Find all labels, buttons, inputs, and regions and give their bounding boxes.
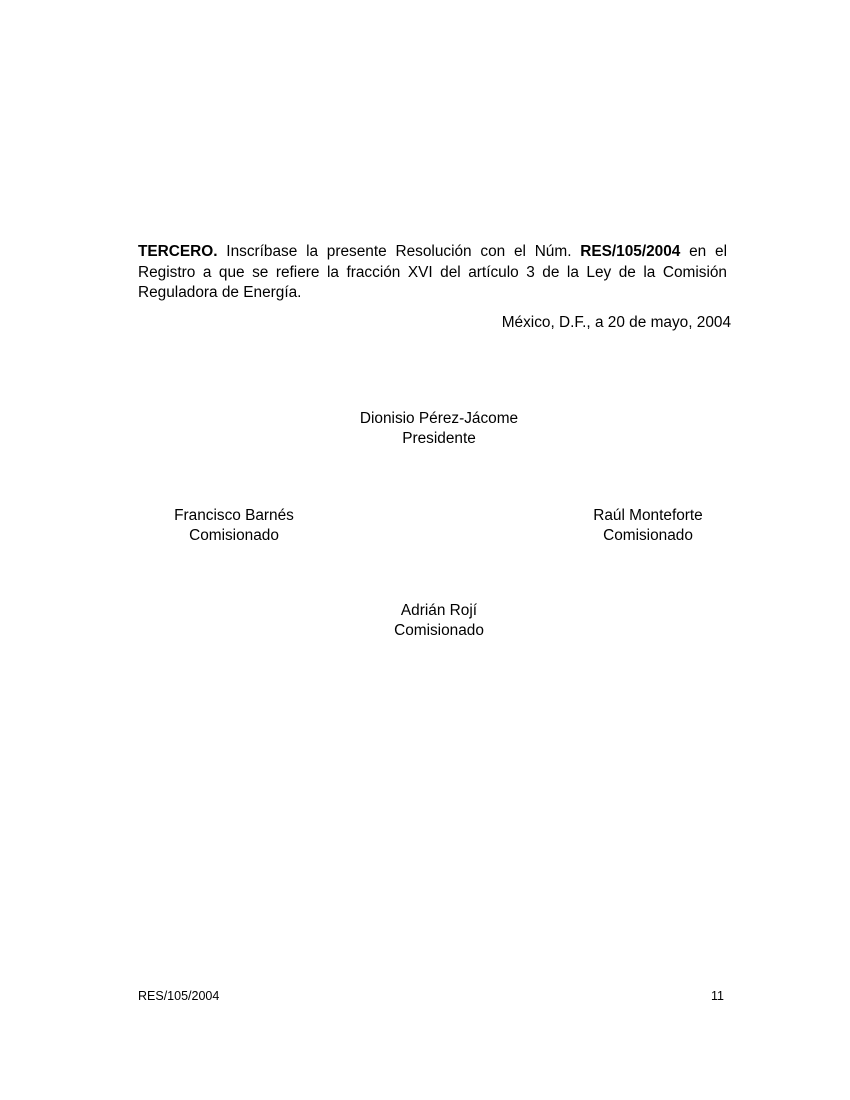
paragraph-text-1: Inscríbase la presente Resolución con el…: [218, 243, 581, 260]
footer-document-id: RES/105/2004: [138, 989, 219, 1003]
signatory-name: Adrián Rojí: [339, 601, 539, 621]
signatory-name: Dionisio Pérez-Jácome: [339, 409, 539, 429]
signatory-title: Presidente: [339, 429, 539, 449]
signatory-name: Francisco Barnés: [134, 506, 334, 526]
signatory-title: Comisionado: [134, 526, 334, 546]
signatory-title: Comisionado: [548, 526, 748, 546]
footer-page-number: 11: [711, 989, 724, 1003]
signature-bottom: Adrián Rojí Comisionado: [339, 601, 539, 640]
section-label: TERCERO.: [138, 243, 218, 260]
signatory-name: Raúl Monteforte: [548, 506, 748, 526]
signatory-title: Comisionado: [339, 621, 539, 641]
date-line: México, D.F., a 20 de mayo, 2004: [502, 313, 731, 333]
signature-president: Dionisio Pérez-Jácome Presidente: [339, 409, 539, 448]
signature-left: Francisco Barnés Comisionado: [134, 506, 334, 545]
resolution-paragraph: TERCERO. Inscríbase la presente Resoluci…: [138, 242, 727, 304]
resolution-number: RES/105/2004: [580, 243, 680, 260]
signature-right: Raúl Monteforte Comisionado: [548, 506, 748, 545]
